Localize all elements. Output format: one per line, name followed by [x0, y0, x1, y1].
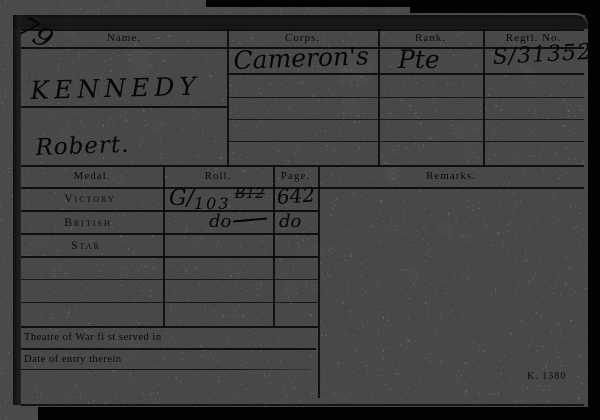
grid-line [273, 167, 275, 326]
card-left-edge [13, 15, 21, 405]
page-column-label: Page. [273, 170, 318, 182]
pen-flourish [233, 218, 267, 223]
roll-prefix: G/ [169, 186, 194, 211]
grid-line [227, 29, 229, 167]
handwritten-forename: Robert. [35, 132, 130, 161]
date-entry-rule [21, 369, 311, 370]
handwritten-page-victory: 642 [276, 182, 316, 209]
handwritten-roll-victory: G/103B12 [169, 184, 265, 213]
handwritten-corps: Cameron's [233, 41, 369, 75]
scan-background-bottom-band [38, 407, 600, 420]
victory-medal-label: Victory [21, 193, 159, 205]
grid-line [227, 141, 584, 142]
roll-column-label: Roll. [163, 170, 273, 182]
handwritten-rank: Pte [398, 45, 440, 74]
rank-column-label: Rank. [378, 32, 483, 44]
remarks-column-label: Remarks. [318, 170, 584, 182]
grid-line [378, 29, 380, 167]
grid-line [21, 29, 584, 31]
grid-line [318, 167, 320, 398]
scanned-medal-index-card: Name. Corps. Rank. Regtl. No. Medal. Rol… [0, 0, 600, 420]
grid-line [21, 165, 584, 167]
surname-rule [21, 106, 227, 108]
handwritten-surname: KENNEDY [30, 72, 201, 105]
medal-index-card: Name. Corps. Rank. Regtl. No. Medal. Rol… [13, 13, 588, 407]
roll-super: B12 [235, 184, 265, 202]
grid-line [483, 29, 485, 167]
grid-line [21, 326, 318, 328]
theatre-rule [21, 348, 316, 350]
handwritten-page-british: do [279, 211, 301, 232]
form-number: K. 1380 [527, 371, 566, 382]
grid-line [163, 167, 165, 326]
british-medal-label: British [21, 217, 155, 229]
date-of-entry-label: Date of entry therein [24, 354, 122, 365]
handwritten-roll-british: do [209, 211, 267, 232]
ditto-text: do [209, 211, 231, 232]
grid-line [227, 119, 584, 120]
card-top-edge [13, 15, 588, 29]
card-bottom-edge [21, 404, 584, 406]
medal-column-label: Medal. [21, 170, 163, 182]
star-medal-label: Star [21, 240, 151, 252]
theatre-of-war-label: Theatre of War fi st served in [24, 332, 162, 343]
grid-line [227, 97, 584, 98]
handwritten-regtl-no: S/31352 [492, 40, 593, 70]
